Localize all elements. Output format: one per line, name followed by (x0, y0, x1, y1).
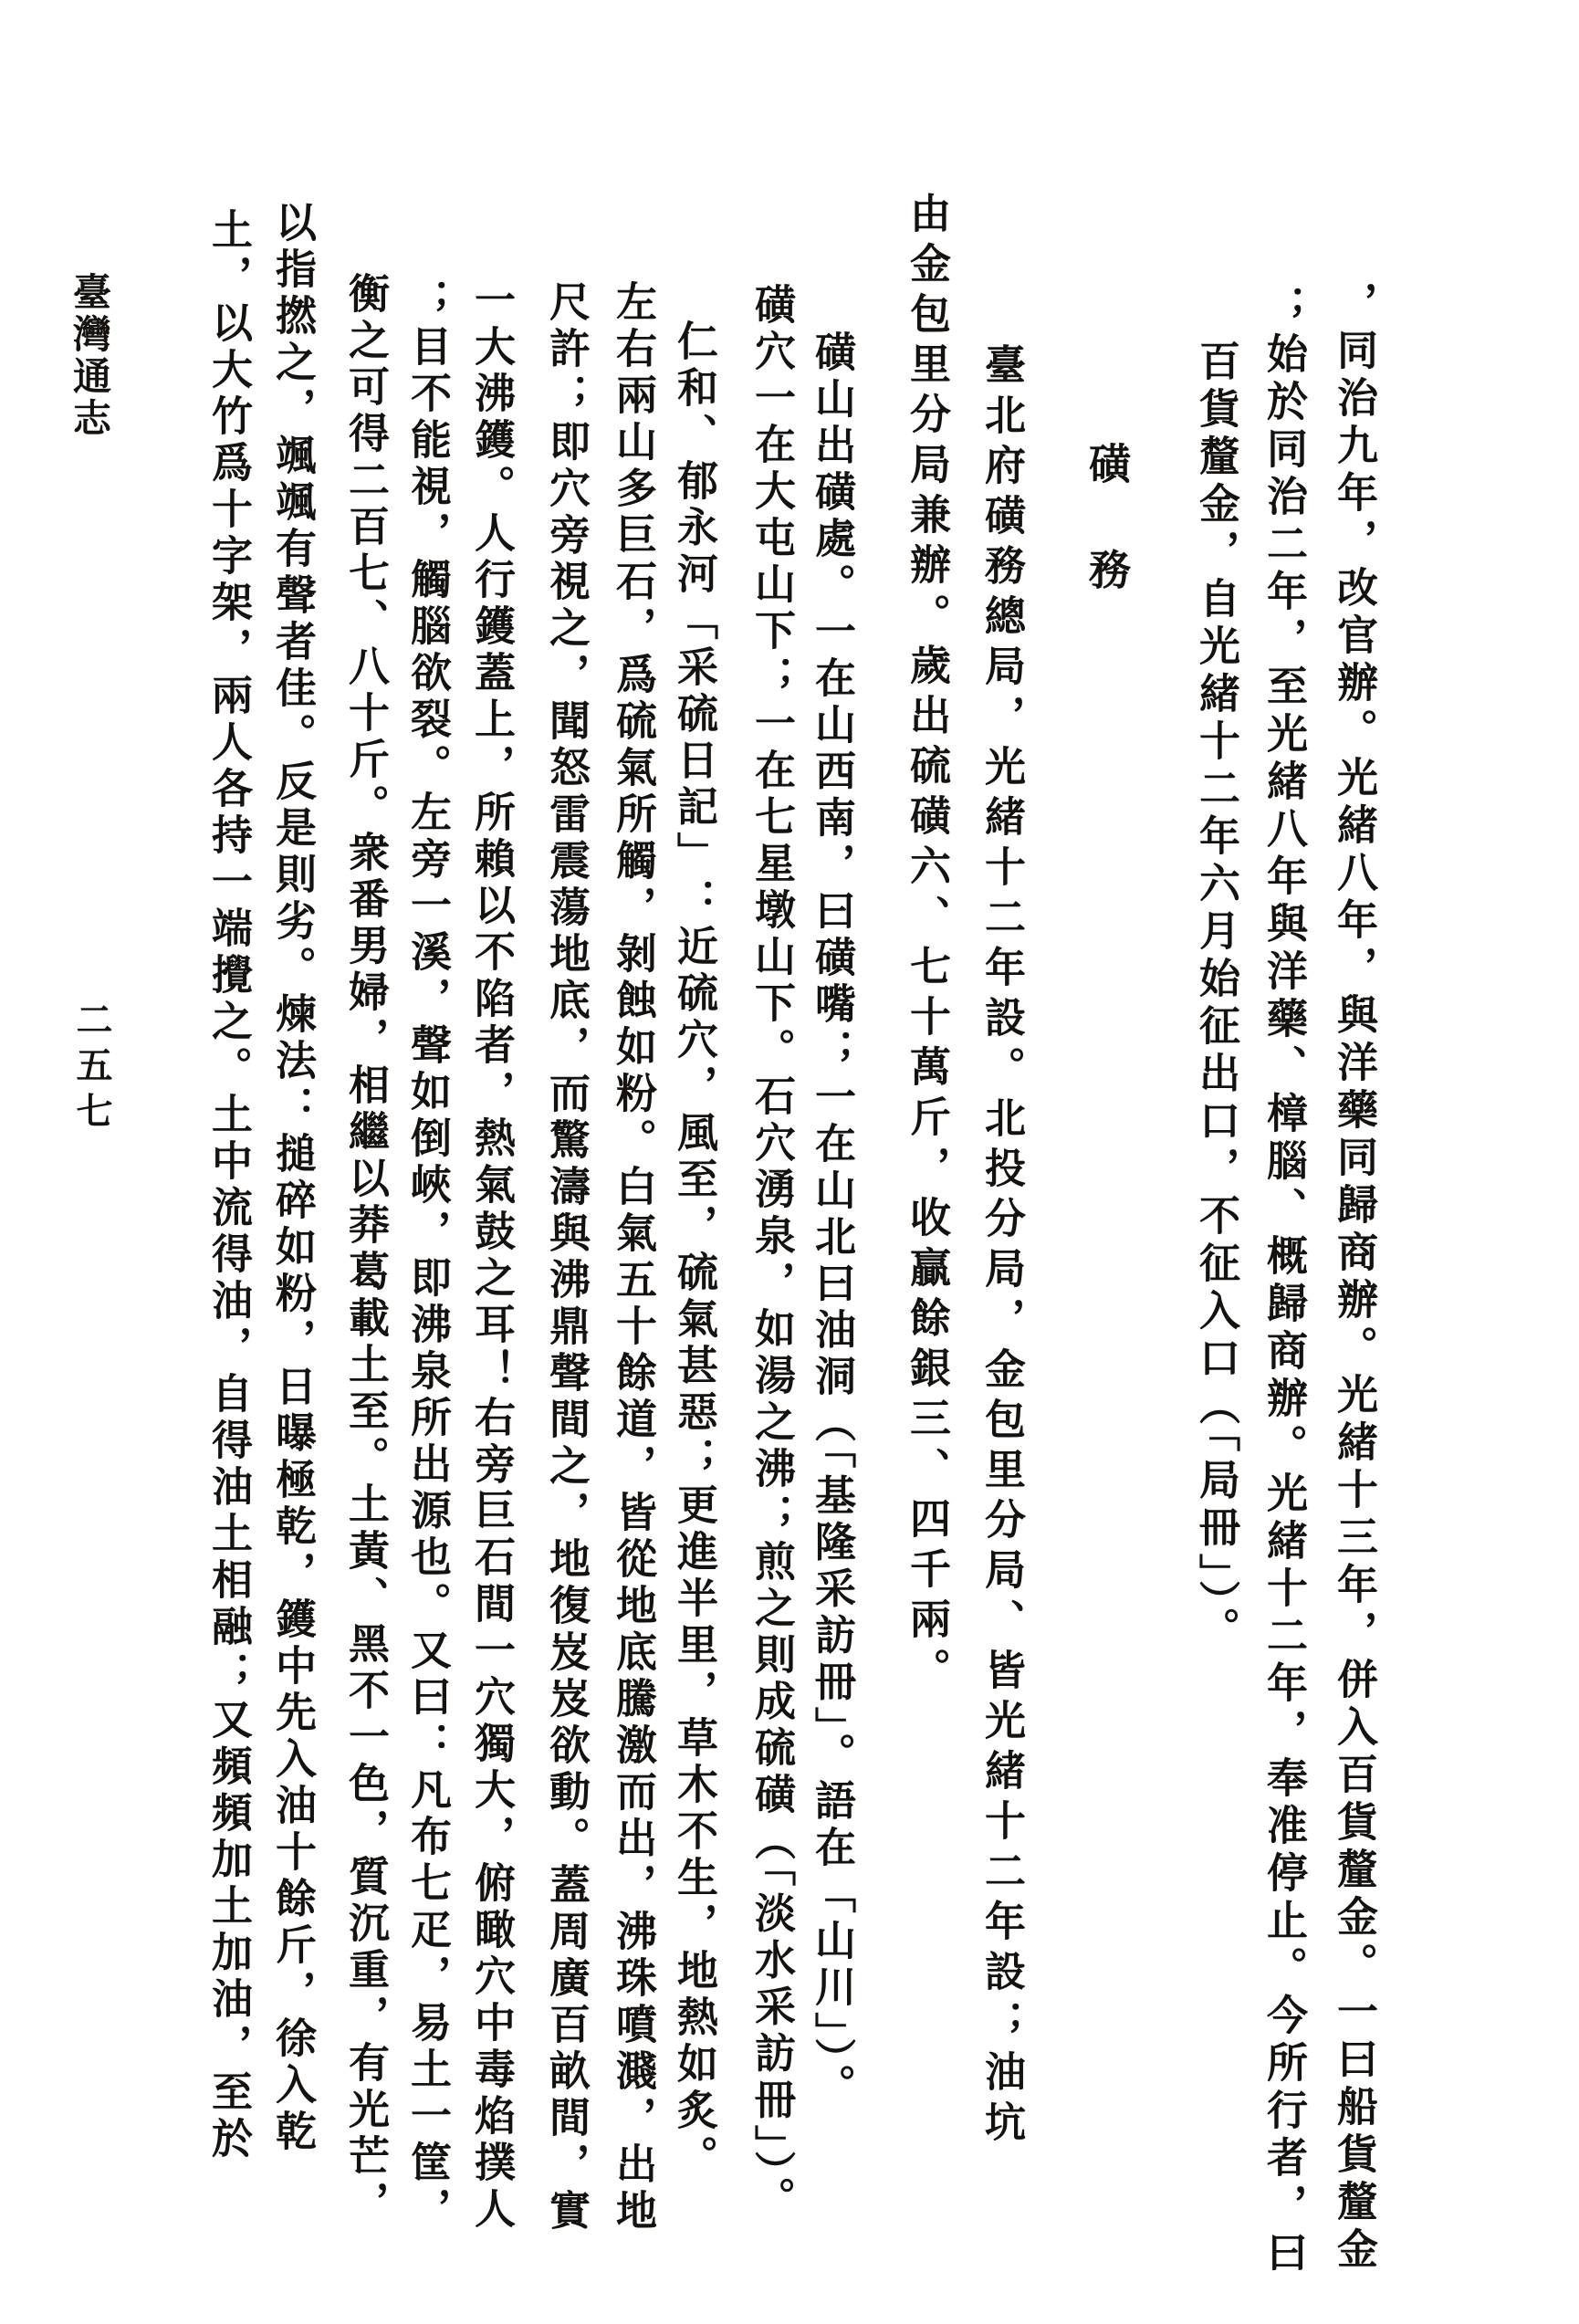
page-number: 二五七 (66, 1000, 117, 1137)
text-column: 磺山出磺處。一在山西南，曰磺嘴；一在山北曰油洞（「基隆采訪冊」。語在「山川」）。 (805, 330, 858, 2110)
text-column: 磺穴一在大屯山下；一在七星墩山下。石穴湧泉，如湯之沸；煎之則成硫磺（「淡水采訪冊… (745, 283, 798, 2224)
text-column: ，同治九年，改官辦。光緒八年，與洋藥同歸商辦。光緒十三年，併入百貨釐金。一曰船貨… (1327, 281, 1380, 2275)
text-column: ；始於同治二年，至光緒八年與洋藥、樟腦、概歸商辦。光緒十二年，奉准停止。今所行者… (1257, 285, 1310, 2278)
book-spine-title: 臺灣通志 (60, 272, 117, 440)
text-column: 土，以大竹爲十字架，兩人各持一端攪之。土中流得油，自得油土相融；又頻頻加土加油，… (202, 208, 255, 2163)
text-column: 左右兩山多巨石，爲硫氣所觸，剝蝕如粉。白氣五十餘道，皆從地底騰激而出，沸珠噴濺，… (606, 280, 659, 2235)
text-column: 百貨釐金，自光緒十二年六月始征出口，不征入口（「局冊」）。 (1189, 340, 1242, 1655)
scanned-book-page: ，同治九年，改官辦。光緒八年，與洋藥同歸商辦。光緒十三年，併入百貨釐金。一曰船貨… (0, 0, 1579, 2324)
text-column: 衡之可得二百七、八十斤。衆番男婦，相繼以莽葛載土至。土黃、黑不一色，質沉重，有光… (339, 272, 392, 2227)
text-column: 一大沸鑊。人行鑊蓋上，所賴以不陷者，熱氣鼓之耳！右旁巨石間一穴獨大，俯瞰穴中毒焰… (465, 278, 518, 2234)
text-column: ；目不能視，觸腦欲裂。左旁一溪，聲如倒峽，即沸泉所出源也。又曰：凡布七疋，易土一… (401, 278, 454, 2234)
section-title: 磺 務 (1080, 442, 1133, 601)
text-column: 尺許；即穴旁視之，聞怒雷震蕩地底，而驚濤與沸鼎聲間之，地復岌岌欲動。蓋周廣百畝間… (539, 280, 592, 2235)
text-column: 由金包里分局兼辦。歲出硫磺六、七十萬斤，收贏餘銀三、四千兩。 (900, 192, 953, 1698)
text-column: 仁和、郁永河「采硫日記」：近硫穴，風至，硫氣甚惡；更進半里，草木不生，地熱如炙。 (667, 319, 720, 2182)
text-column: 臺北府磺務總局，光緒十二年設。北投分局，金包里分局、皆光緒十二年設；油坑 (975, 343, 1028, 2151)
text-column: 以指撚之，颯颯有聲者佳。反是則劣。煉法：搥碎如粉，日曝極乾，鑊中先入油十餘斤，徐… (266, 201, 319, 2156)
